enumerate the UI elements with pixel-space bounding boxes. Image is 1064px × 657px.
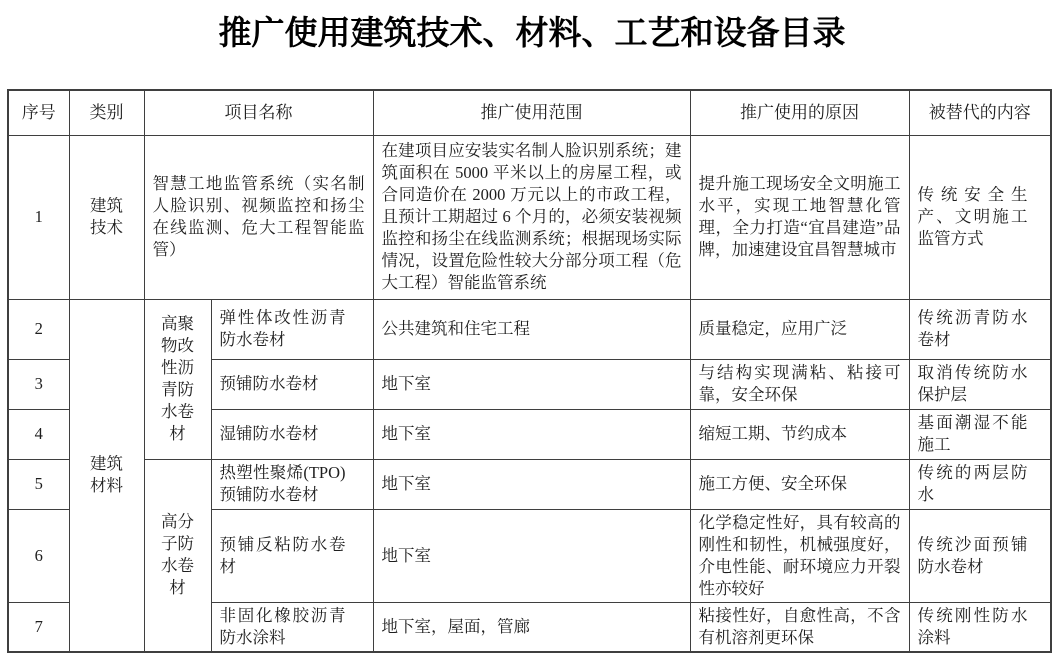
table-row: 5 高分子防水卷材 热塑性聚烯(TPO)预铺防水卷材 地下室 施工方便、安全环保… xyxy=(8,459,1051,509)
replaced-label: 取消传统防水保护层 xyxy=(918,362,1028,406)
project-name-cell: 预铺反粘防水卷材 xyxy=(211,509,373,602)
replaced-label: 传统的两层防水 xyxy=(918,462,1028,506)
serial-cell: 5 xyxy=(8,459,69,509)
replaced-label: 传统安全生产、文明施工监管方式 xyxy=(918,184,1028,250)
project-name-cell: 热塑性聚烯(TPO)预铺防水卷材 xyxy=(211,459,373,509)
scope-cell: 地下室 xyxy=(373,509,690,602)
header-reason: 推广使用的原因 xyxy=(690,90,909,135)
reason-cell: 化学稳定性好，具有较高的刚性和韧性，机械强度好，介电性能、耐环境应力开裂性亦较好 xyxy=(690,509,909,602)
replaced-cell: 基面潮湿不能施工 xyxy=(909,409,1051,459)
replaced-cell: 取消传统防水保护层 xyxy=(909,359,1051,409)
replaced-label: 传统刚性防水涂料 xyxy=(918,605,1028,649)
category-label: 建筑技术 xyxy=(89,195,125,239)
project-name-label: 弹性体改性沥青防水卷材 xyxy=(220,307,346,351)
category-label: 建筑材料 xyxy=(89,453,125,497)
category-cell: 建筑材料 xyxy=(69,299,144,652)
subcategory-cell: 高聚物改性沥青防水卷材 xyxy=(144,299,211,459)
scope-cell: 地下室 xyxy=(373,359,690,409)
header-replaced: 被替代的内容 xyxy=(909,90,1051,135)
scope-cell: 地下室 xyxy=(373,459,690,509)
table-row: 1 建筑技术 智慧工地监管系统（实名制人脸识别、视频监控和扬尘在线监测、危大工程… xyxy=(8,135,1051,299)
replaced-cell: 传统的两层防水 xyxy=(909,459,1051,509)
project-name-cell: 弹性体改性沥青防水卷材 xyxy=(211,299,373,359)
replaced-label: 基面潮湿不能施工 xyxy=(918,412,1028,456)
reason-cell: 提升施工现场安全文明施工水平，实现工地智慧化管理，全力打造“宜昌建造”品牌，加速… xyxy=(690,135,909,299)
reason-cell: 粘接性好，自愈性高，不含有机溶剂更环保 xyxy=(690,602,909,652)
scope-cell: 地下室，屋面，管廊 xyxy=(373,602,690,652)
reason-cell: 缩短工期、节约成本 xyxy=(690,409,909,459)
subcategory-label: 高分子防水卷材 xyxy=(160,511,196,599)
page-title: 推广使用建筑技术、材料、工艺和设备目录 xyxy=(0,0,1064,53)
serial-cell: 3 xyxy=(8,359,69,409)
reason-cell: 施工方便、安全环保 xyxy=(690,459,909,509)
subcategory-label: 高聚物改性沥青防水卷材 xyxy=(160,313,196,445)
project-name-label: 预铺防水卷材 xyxy=(220,373,346,395)
project-name-label: 热塑性聚烯(TPO)预铺防水卷材 xyxy=(220,462,346,506)
serial-cell: 6 xyxy=(8,509,69,602)
reason-cell: 与结构实现满粘、粘接可靠，安全环保 xyxy=(690,359,909,409)
replaced-label: 传统沙面预铺防水卷材 xyxy=(918,534,1028,578)
project-name-label: 湿铺防水卷材 xyxy=(220,423,346,445)
replaced-cell: 传统刚性防水涂料 xyxy=(909,602,1051,652)
replaced-label: 传统沥青防水卷材 xyxy=(918,307,1028,351)
project-name-label: 非固化橡胶沥青防水涂料 xyxy=(220,605,346,649)
category-cell: 建筑技术 xyxy=(69,135,144,299)
table-row: 2 建筑材料 高聚物改性沥青防水卷材 弹性体改性沥青防水卷材 公共建筑和住宅工程… xyxy=(8,299,1051,359)
project-name-cell: 预铺防水卷材 xyxy=(211,359,373,409)
project-name-cell: 湿铺防水卷材 xyxy=(211,409,373,459)
serial-cell: 7 xyxy=(8,602,69,652)
header-project-name: 项目名称 xyxy=(144,90,373,135)
project-name-cell: 智慧工地监管系统（实名制人脸识别、视频监控和扬尘在线监测、危大工程智能监管） xyxy=(144,135,373,299)
replaced-cell: 传统安全生产、文明施工监管方式 xyxy=(909,135,1051,299)
header-scope: 推广使用范围 xyxy=(373,90,690,135)
serial-cell: 2 xyxy=(8,299,69,359)
reason-cell: 质量稳定，应用广泛 xyxy=(690,299,909,359)
scope-cell: 地下室 xyxy=(373,409,690,459)
header-row: 序号 类别 项目名称 推广使用范围 推广使用的原因 被替代的内容 xyxy=(8,90,1051,135)
replaced-cell: 传统沙面预铺防水卷材 xyxy=(909,509,1051,602)
subcategory-cell: 高分子防水卷材 xyxy=(144,459,211,652)
scope-cell: 在建项目应安装实名制人脸识别系统；建筑面积在 5000 平米以上的房屋工程，或合… xyxy=(373,135,690,299)
header-serial: 序号 xyxy=(8,90,69,135)
project-name-cell: 非固化橡胶沥青防水涂料 xyxy=(211,602,373,652)
serial-cell: 1 xyxy=(8,135,69,299)
scope-cell: 公共建筑和住宅工程 xyxy=(373,299,690,359)
catalog-table: 序号 类别 项目名称 推广使用范围 推广使用的原因 被替代的内容 1 建筑技术 … xyxy=(7,89,1052,653)
project-name-label: 预铺反粘防水卷材 xyxy=(220,534,346,578)
serial-cell: 4 xyxy=(8,409,69,459)
replaced-cell: 传统沥青防水卷材 xyxy=(909,299,1051,359)
header-category: 类别 xyxy=(69,90,144,135)
